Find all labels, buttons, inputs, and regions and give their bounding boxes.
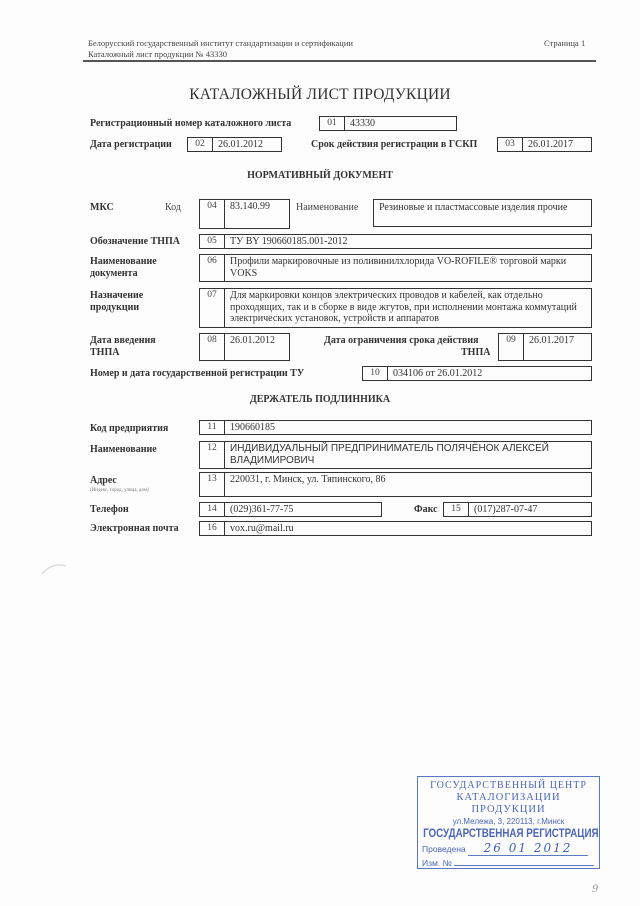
field-code: 08 [200,334,225,360]
field-code: 03 [498,138,523,151]
stamp-done-label: Проведена [422,844,466,854]
fax-field: 15 (017)287-07-47 [443,502,592,517]
stamp-change-label: Изм. № [422,858,452,868]
tu-label: Номер и дата государственной регистрации… [90,368,304,380]
stamp-change-line [454,857,594,866]
code-label: Код [165,202,181,214]
enterprise-code-field: 11 190660185 [199,420,592,435]
tnpa-label: Обозначение ТНПА [90,236,180,248]
field-value: 26.01.2017 [524,334,591,360]
reg-date-label: Дата регистрации [90,139,172,151]
page-number: Страница 1 [544,38,585,49]
address-field: 13 220031, г. Минск, ул. Тяпинского, 86 [199,472,592,497]
field-code: 07 [200,289,225,327]
field-value: 26.01.2012 [225,334,289,360]
tnpa-field: 05 ТУ BY 190660185.001-2012 [199,234,592,249]
section-holder-title: ДЕРЖАТЕЛЬ ПОДЛИННИКА [0,394,640,405]
reg-number-label: Регистрационный номер каталожного листа [90,118,291,130]
address-hint: (Индекс, город, улица, дом) [90,488,149,493]
field-value: Профили маркировочные из поливинилхлорид… [225,255,591,281]
phone-label: Телефон [90,504,129,516]
email-label: Электронная почта [90,523,179,535]
header-sheet-ref: Каталожный лист продукции № 43330 [88,49,227,60]
field-code: 05 [200,235,225,248]
docname-label: Наименование документа [90,256,190,280]
mks-name-field: Резиновые и пластмассовые изделия прочие [373,199,592,227]
field-value: 83.140.99 [225,200,289,228]
field-value: 26.01.2017 [523,138,591,151]
field-value: Для маркировки концов электрических пров… [225,289,591,327]
field-value: 26.01.2012 [213,138,281,151]
stamp-line-2: КАТАЛОГИЗАЦИИ ПРОДУКЦИИ [418,792,599,816]
field-code: 04 [200,200,225,228]
stamp-done-date: 26 01 2012 [468,841,588,856]
intro-date-field: 08 26.01.2012 [199,333,290,361]
field-code: 13 [200,473,225,496]
field-code: 10 [363,367,388,380]
docname-field: 06 Профили маркировочные из поливинилхло… [199,254,592,282]
field-value: 190660185 [225,421,591,434]
validity-field: 03 26.01.2017 [497,137,592,152]
name-label: Наименование [296,202,358,214]
field-value: Резиновые и пластмассовые изделия прочие [374,200,591,226]
field-value: 220031, г. Минск, ул. Тяпинского, 86 [225,473,591,496]
field-value: vox.ru@mail.ru [225,522,591,535]
holder-name-field: 12 ИНДИВИДУАЛЬНЫЙ ПРЕДПРИНИМАТЕЛЬ ПОЛЯЧЁ… [199,441,592,469]
reg-number-field: 01 43330 [319,116,457,131]
field-value: 034106 от 26.01.2012 [388,367,591,380]
field-value: ТУ BY 190660185.001-2012 [225,235,591,248]
header-institute: Белорусский государственный институт ста… [88,38,353,49]
scan-mark-icon [38,560,74,580]
corner-handwritten-mark: 9 [592,884,598,895]
registration-stamp: ГОСУДАРСТВЕННЫЙ ЦЕНТР КАТАЛОГИЗАЦИИ ПРОД… [417,776,600,869]
section-normative-title: НОРМАТИВНЫЙ ДОКУМЕНТ [0,170,640,181]
stamp-line-4: ГОСУДАРСТВЕННАЯ РЕГИСТРАЦИЯ [423,827,594,841]
field-code: 12 [200,442,225,468]
field-value: 43330 [345,117,456,130]
field-code: 15 [444,503,469,516]
email-field: 16 vox.ru@mail.ru [199,521,592,536]
header-divider [83,60,596,62]
field-value: (017)287-07-47 [469,503,591,516]
field-code: 09 [499,334,524,360]
field-code: 11 [200,421,225,434]
field-code: 16 [200,522,225,535]
field-code: 02 [188,138,213,151]
validity-label: Срок действия регистрации в ГСКП [311,139,477,151]
intro-date-label: Дата введения ТНПА [90,335,180,359]
purpose-field: 07 Для маркировки концов электрических п… [199,288,592,328]
fax-label: Факс [414,504,438,516]
field-value: ИНДИВИДУАЛЬНЫЙ ПРЕДПРИНИМАТЕЛЬ ПОЛЯЧЁНОК… [225,442,591,468]
field-value: (029)361-77-75 [225,503,381,516]
stamp-line-3: ул.Мележа, 3, 220113, г.Минск [418,816,599,827]
page-title: КАТАЛОЖНЫЙ ЛИСТ ПРОДУКЦИИ [0,86,640,104]
limit-date-label-1: Дата ограничения срока действия [324,335,479,347]
limit-date-field: 09 26.01.2017 [498,333,592,361]
purpose-label: Назначение продукции [90,290,190,314]
mks-label: МКС [90,202,114,214]
field-code: 01 [320,117,345,130]
reg-date-field: 02 26.01.2012 [187,137,282,152]
field-code: 06 [200,255,225,281]
mks-code-field: 04 83.140.99 [199,199,290,229]
tu-field: 10 034106 от 26.01.2012 [362,366,592,381]
field-code: 14 [200,503,225,516]
holder-name-label: Наименование [90,444,157,456]
stamp-done-row: Проведена 26 01 2012 [418,841,599,856]
stamp-line-1: ГОСУДАРСТВЕННЫЙ ЦЕНТР [418,780,599,792]
address-label: Адрес [90,475,117,487]
enterprise-code-label: Код предприятия [90,423,168,435]
phone-field: 14 (029)361-77-75 [199,502,382,517]
limit-date-label-2: ТНПА [461,347,490,359]
stamp-change-row: Изм. № [418,856,599,870]
